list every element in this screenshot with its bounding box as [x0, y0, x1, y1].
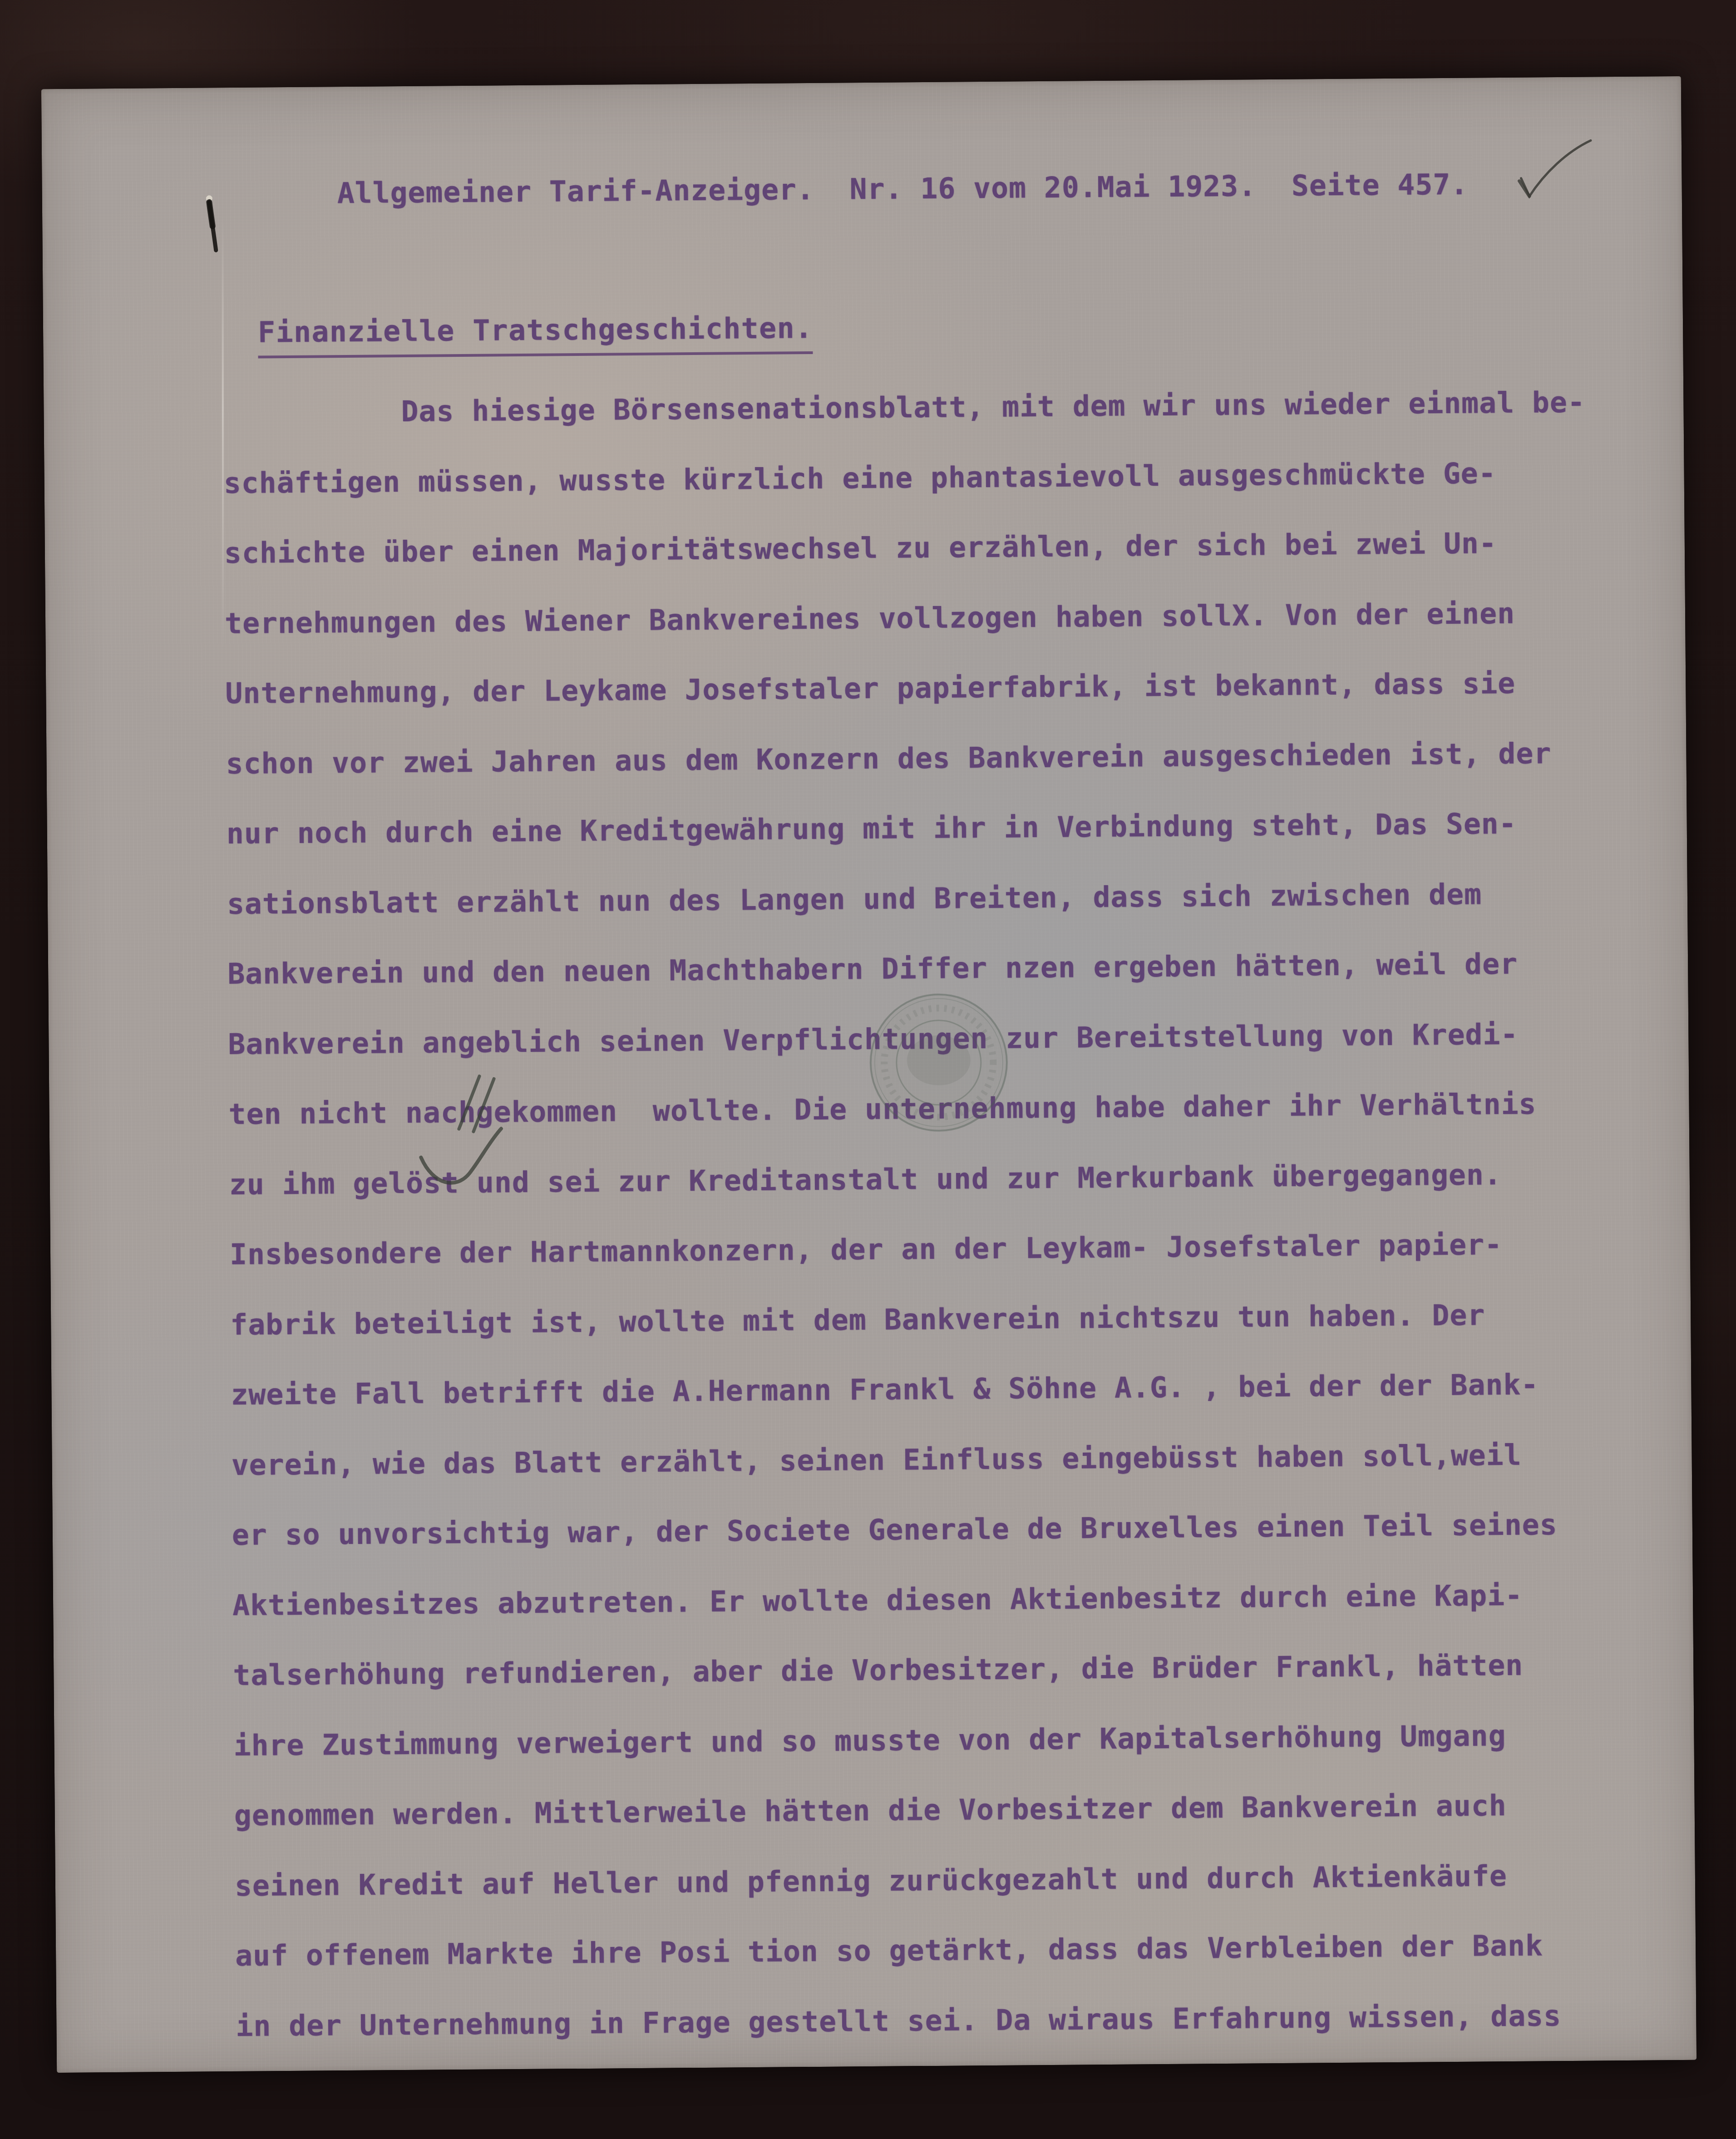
- body-line: schon vor zwei Jahren aus dem Konzern de…: [226, 718, 1633, 799]
- scan-background: { "page": { "background_color": "#1d1312…: [0, 0, 1736, 2139]
- body-line: sationsblatt erzählt nun des Langen und …: [227, 858, 1634, 939]
- correction-mark-icon: [408, 1065, 559, 1217]
- body-line: zweite Fall betrifft die A.Hermann Frank…: [231, 1349, 1638, 1430]
- round-stamp-icon: [863, 987, 1015, 1138]
- body-line: seinen Kredit auf Heller und pfennig zur…: [234, 1840, 1642, 1921]
- margin-pen-stroke-icon: [196, 192, 232, 265]
- body-line: Insbesondere der Hartmannkonzern, der an…: [229, 1209, 1637, 1290]
- article-title: Finanzielle Tratschgeschichten.: [258, 312, 813, 359]
- body-line: in der Unternehmung in Frage gestellt se…: [236, 1980, 1643, 2061]
- body-line: fabrik beteiligt ist, wollte mit dem Ban…: [230, 1279, 1638, 1360]
- body-line: verein, wie das Blatt erzählt, seinen Ei…: [231, 1419, 1639, 1500]
- body-line: Unternehmung, der Leykame Josefstaler pa…: [225, 648, 1633, 729]
- body-line: Aktienbesitzes abzutreten. Er wollte die…: [232, 1559, 1640, 1641]
- body-line: auf offenem Markte ihre Posi tion so get…: [235, 1910, 1643, 1991]
- body-line: ihre Zustimmung verweigert und so musste…: [233, 1700, 1641, 1781]
- body-line: schichte über einen Majoritätswechsel zu…: [224, 508, 1632, 589]
- body-line: schäftigen müssen, wusste kürzlich eine …: [223, 437, 1631, 518]
- body-line: er so unvorsichtig war, der Societe Gene…: [232, 1489, 1639, 1571]
- body-line: nur noch durch eine Kreditgewährung mit …: [226, 788, 1634, 869]
- body-line: Das hiesige Börsensenationsblatt, mit de…: [223, 367, 1631, 448]
- document-header: Allgemeiner Tarif-Anzeiger. Nr. 16 vom 2…: [337, 169, 1468, 210]
- document-page: Allgemeiner Tarif-Anzeiger. Nr. 16 vom 2…: [41, 76, 1697, 2073]
- body-line: genommen werden. Mittlerweile hätten die…: [234, 1770, 1642, 1851]
- body-line: ternehmungen des Wiener Bankvereines vol…: [225, 577, 1632, 659]
- body-line: talserhöhung refundieren, aber die Vorbe…: [233, 1630, 1641, 1711]
- checkmark-icon: [1508, 136, 1627, 214]
